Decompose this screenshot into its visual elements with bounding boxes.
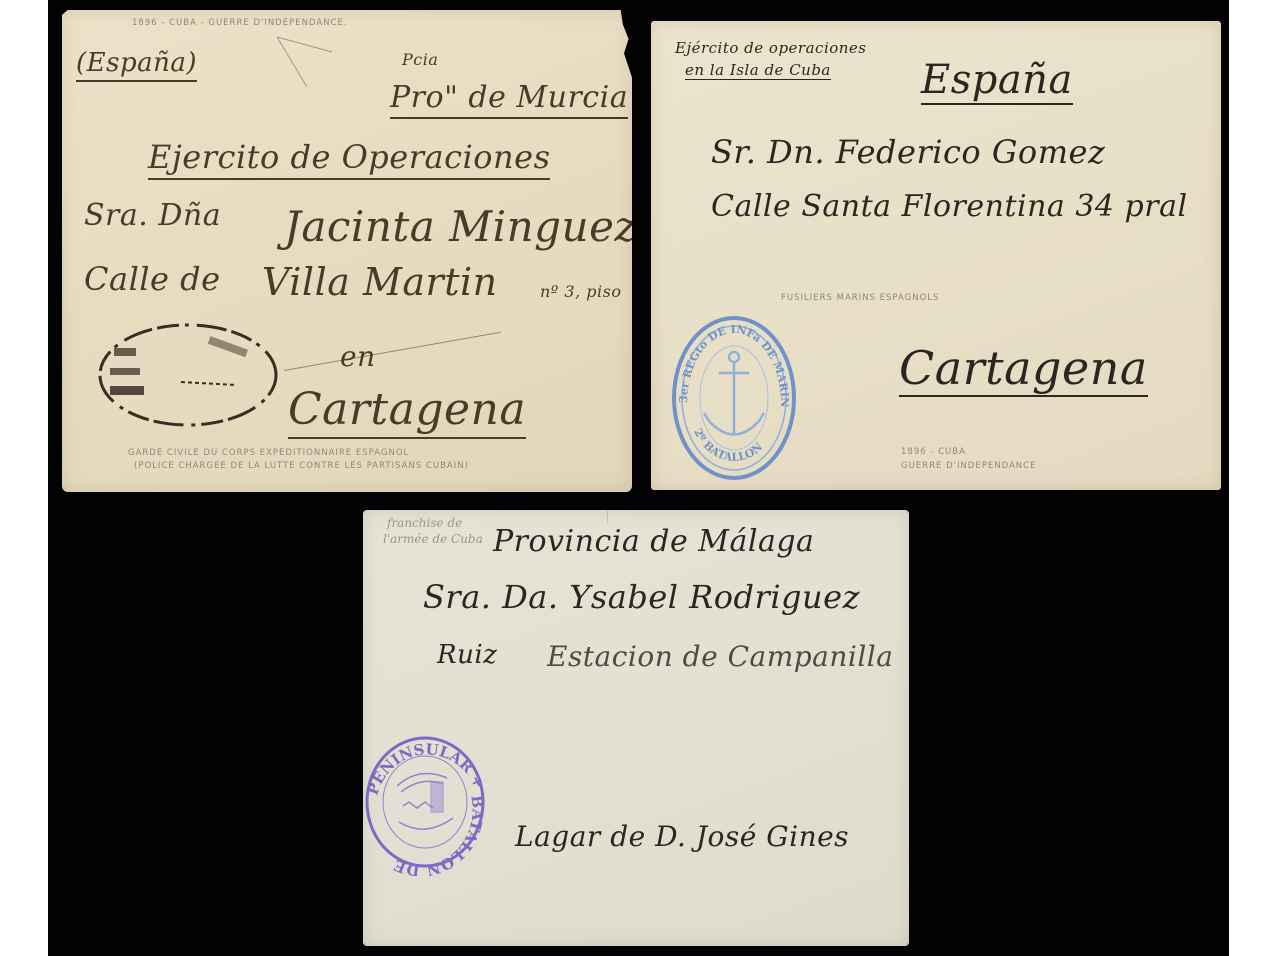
addressee-line: Sr. Dn. Federico Gomez bbox=[711, 133, 1105, 171]
street-number: nº 3, piso bbox=[540, 282, 621, 301]
pencil-arrow-line bbox=[284, 332, 501, 371]
pencil-note-line-1: 1896 - CUBA bbox=[901, 447, 966, 457]
addressee-name: Jacinta Minguez bbox=[284, 202, 637, 251]
army-line: Ejercito de Operaciones bbox=[148, 138, 550, 176]
province-text: Provincia de Málaga bbox=[493, 524, 814, 559]
pencil-note-line-2: (Police chargee de la lutte contre les p… bbox=[134, 461, 469, 471]
en-text: en bbox=[340, 340, 376, 373]
pencil-note-line-2: l'armée de Cuba bbox=[383, 532, 483, 546]
anchor-cachet-icon: 3er REGto DE INFa DE MARINA 2º BATALLON bbox=[669, 313, 799, 483]
country-text: España bbox=[921, 57, 1073, 103]
province-prefix: Pcia bbox=[402, 50, 438, 69]
oval-handstamp-icon bbox=[96, 320, 281, 430]
country-text: (España) bbox=[76, 48, 197, 78]
street-line: Calle Santa Florentina 34 pral bbox=[711, 189, 1188, 224]
pencil-arrow-icon bbox=[272, 32, 352, 92]
city-text: Cartagena bbox=[288, 384, 526, 435]
destination-text: Lagar de D. José Gines bbox=[515, 820, 849, 853]
pencil-note-line-1: franchise de bbox=[387, 516, 462, 530]
round-crest-cachet-icon: PENINSULAR ++ BATALLON DE L bbox=[359, 726, 489, 876]
street-prefix: Calle de bbox=[84, 260, 221, 298]
envelope-3: franchise de l'armée de Cuba Provincia d… bbox=[363, 510, 909, 946]
station-text: Estacion de Campanilla bbox=[547, 640, 893, 673]
pencil-annotation-top: 1896 - CUBA - GUERRE D'INDEPENDANCE. bbox=[132, 18, 348, 28]
city-text: Cartagena bbox=[899, 341, 1148, 395]
return-address-line-2: en la Isla de Cuba bbox=[685, 61, 831, 79]
province-text: Pro" de Murcia bbox=[390, 80, 628, 115]
pencil-note-line-1: Garde civile du corps expeditionnaire es… bbox=[128, 448, 409, 458]
salutation: Sra. Dña bbox=[84, 198, 221, 233]
pencil-note-stamp: Fusiliers marins espagnols bbox=[781, 293, 939, 303]
envelope-1: 1896 - CUBA - GUERRE D'INDEPENDANCE. (Es… bbox=[62, 10, 632, 492]
addressee-line: Sra. Da. Ysabel Rodriguez bbox=[423, 578, 860, 616]
svg-text:2º BATALLON: 2º BATALLON bbox=[691, 427, 765, 464]
street-name: Villa Martin bbox=[262, 260, 498, 304]
flap-crease bbox=[607, 510, 608, 524]
return-address-line-1: Ejército de operaciones bbox=[675, 39, 867, 57]
pencil-note-line-2: GUERRE D'INDEPENDANCE bbox=[901, 461, 1036, 471]
envelope-2: Ejército de operaciones en la Isla de Cu… bbox=[651, 21, 1221, 490]
addressee-surname: Ruiz bbox=[437, 640, 497, 670]
